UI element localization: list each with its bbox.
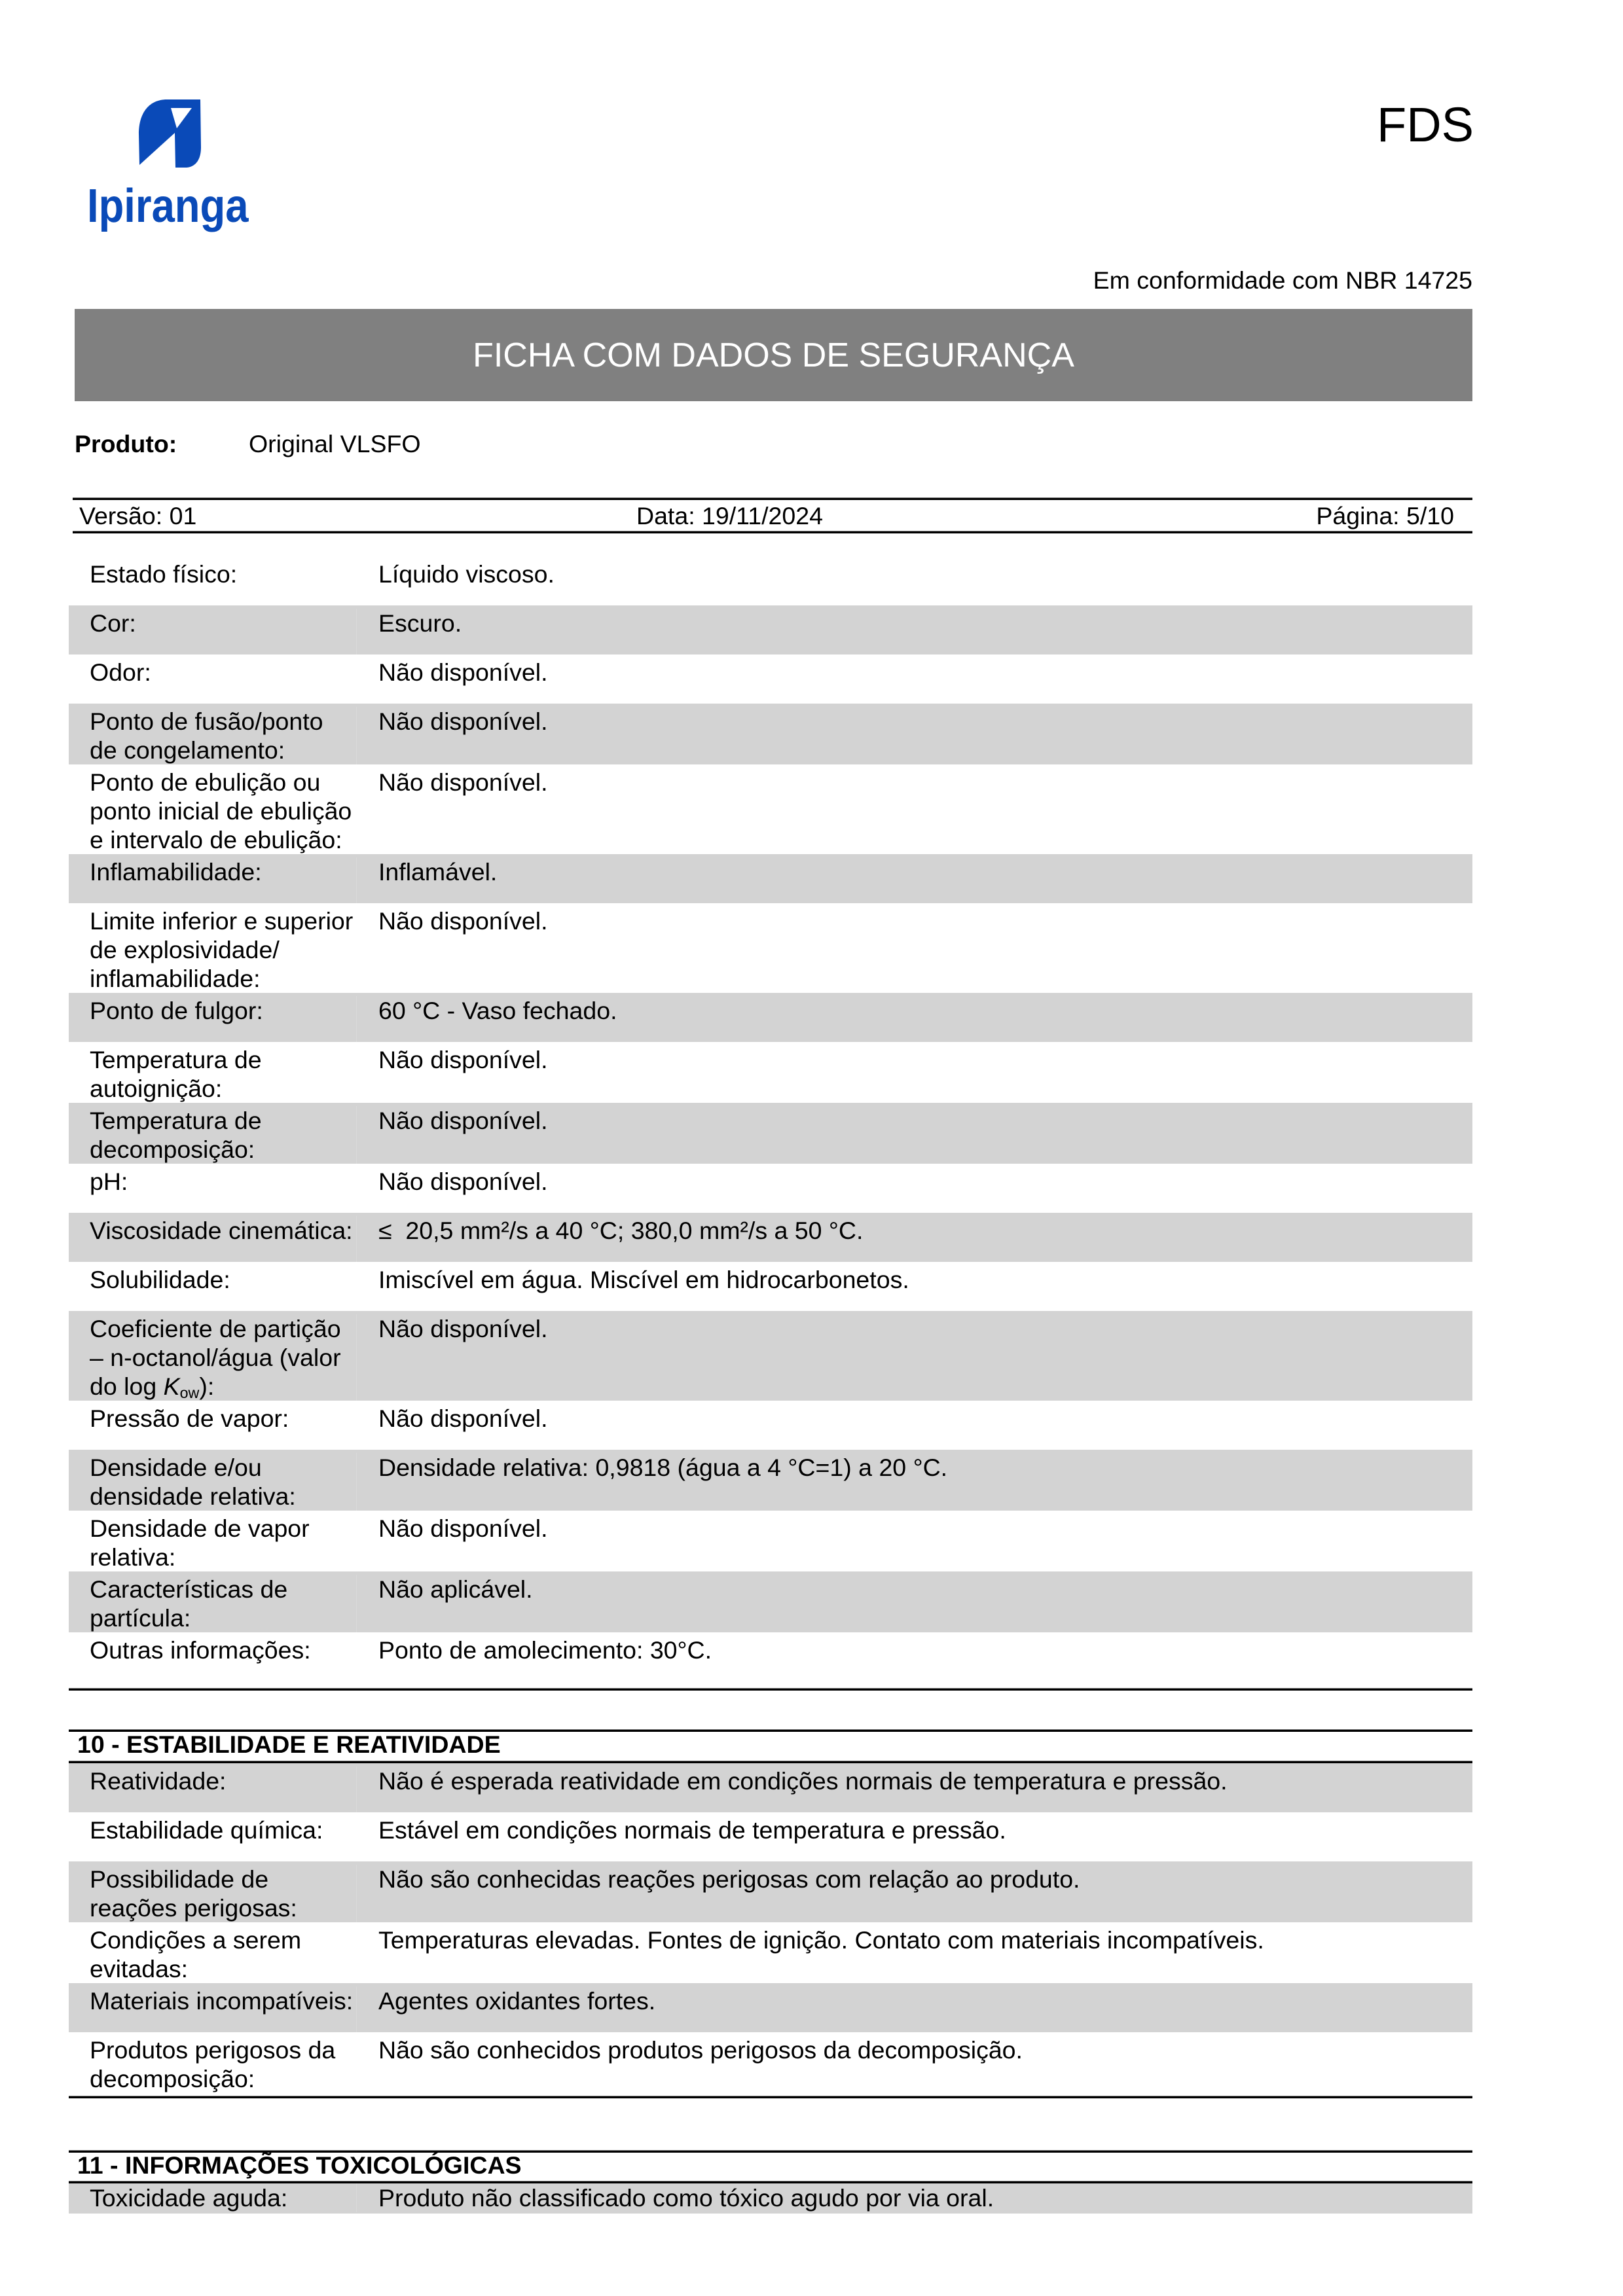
property-value: Ponto de amolecimento: 30°C. <box>357 1636 1472 1681</box>
section-10-header: 10 - ESTABILIDADE E REATIVIDADE <box>69 1729 1472 1763</box>
property-value: Não disponível. <box>357 1167 1472 1213</box>
property-label-text: Coeficiente de partição – n-octanol/água… <box>90 1315 341 1400</box>
document-body: Estado físico:Líquido viscoso.Cor:Escuro… <box>69 556 1472 2214</box>
property-row: Coeficiente de partição – n-octanol/água… <box>69 1311 1472 1401</box>
property-row: Temperatura de autoignição:Não disponíve… <box>69 1042 1472 1103</box>
property-value: Líquido viscoso. <box>357 560 1472 605</box>
property-row: Estabilidade química:Estável em condiçõe… <box>69 1812 1472 1861</box>
property-value: Estável em condições normais de temperat… <box>357 1816 1472 1861</box>
property-value: Não disponível. <box>357 1514 1472 1571</box>
property-label: pH: <box>69 1167 357 1213</box>
property-value: Inflamável. <box>357 857 1472 903</box>
property-row: Ponto de ebulição ou ponto inicial de eb… <box>69 764 1472 854</box>
property-label: Inflamabilidade: <box>69 857 357 903</box>
property-label: Pressão de vapor: <box>69 1404 357 1450</box>
version-bar-top-rule <box>73 497 1472 500</box>
property-value: Não disponível. <box>357 1314 1472 1401</box>
property-label: Coeficiente de partição – n-octanol/água… <box>69 1314 357 1401</box>
property-label: Outras informações: <box>69 1636 357 1681</box>
property-value: Não disponível. <box>357 1045 1472 1103</box>
property-label: Toxicidade aguda: <box>69 2183 357 2212</box>
property-value: Não disponível. <box>357 707 1472 764</box>
property-label: Ponto de ebulição ou ponto inicial de eb… <box>69 768 357 854</box>
ipiranga-logo-icon <box>131 95 210 173</box>
property-value: Não disponível. <box>357 768 1472 854</box>
brand-name: Ipiranga <box>87 183 248 230</box>
property-value: Produto não classificado como tóxico agu… <box>357 2183 1472 2212</box>
section-10-table: Reatividade:Não é esperada reatividade e… <box>69 1763 1472 2093</box>
property-row: Temperatura de decomposição:Não disponív… <box>69 1103 1472 1164</box>
property-label-symbol: K <box>164 1372 180 1400</box>
property-row: Viscosidade cinemática:≤ 20,5 mm²/s a 40… <box>69 1213 1472 1262</box>
property-row: Produtos perigosos da decomposição:Não s… <box>69 2032 1472 2093</box>
property-label: Ponto de fusão/ponto de congelamento: <box>69 707 357 764</box>
property-label-suffix: ): <box>199 1372 214 1400</box>
section-9-properties-table: Estado físico:Líquido viscoso.Cor:Escuro… <box>69 556 1472 1681</box>
property-value: Imiscível em água. Miscível em hidrocarb… <box>357 1265 1472 1311</box>
property-value: Não disponível. <box>357 906 1472 993</box>
property-label: Solubilidade: <box>69 1265 357 1311</box>
property-label: Condições a serem evitadas: <box>69 1926 357 1983</box>
property-label: Produtos perigosos da decomposição: <box>69 2036 357 2093</box>
product-label: Produto: <box>75 429 177 458</box>
property-row: Inflamabilidade:Inflamável. <box>69 854 1472 903</box>
property-value: Não é esperada reatividade em condições … <box>357 1767 1472 1812</box>
property-row: Possibilidade de reações perigosas:Não s… <box>69 1861 1472 1922</box>
product-value: Original VLSFO <box>249 429 421 458</box>
title-banner: FICHA COM DADOS DE SEGURANÇA <box>75 309 1472 401</box>
date-label: Data: 19/11/2024 <box>636 501 823 530</box>
property-label: Odor: <box>69 658 357 704</box>
section-11-header: 11 - INFORMAÇÕES TOXICOLÓGICAS <box>69 2150 1472 2183</box>
property-row: Odor:Não disponível. <box>69 655 1472 704</box>
property-row: pH:Não disponível. <box>69 1164 1472 1213</box>
property-label: Temperatura de autoignição: <box>69 1045 357 1103</box>
section-11-table: Toxicidade aguda:Produto não classificad… <box>69 2183 1472 2214</box>
property-value: Não são conhecidas reações perigosas com… <box>357 1865 1472 1922</box>
property-row: Densidade e/ou densidade relativa:Densid… <box>69 1450 1472 1511</box>
compliance-note: Em conformidade com NBR 14725 <box>1093 266 1472 295</box>
property-label: Cor: <box>69 609 357 655</box>
property-value: Temperaturas elevadas. Fontes de ignição… <box>357 1926 1472 1983</box>
property-row: Ponto de fusão/ponto de congelamento:Não… <box>69 704 1472 764</box>
property-value: ≤ 20,5 mm²/s a 40 °C; 380,0 mm²/s a 50 °… <box>357 1216 1472 1262</box>
property-value: Não disponível. <box>357 1106 1472 1164</box>
section-10-end-rule <box>69 2096 1472 2098</box>
section-10-title: 10 - ESTABILIDADE E REATIVIDADE <box>69 1732 1472 1761</box>
property-label: Materiais incompatíveis: <box>69 1986 357 2032</box>
property-label-subscript: ow <box>180 1384 200 1401</box>
property-value: Não disponível. <box>357 1404 1472 1450</box>
property-row: Limite inferior e superior de explosivid… <box>69 903 1472 993</box>
property-label: Densidade e/ou densidade relativa: <box>69 1453 357 1511</box>
property-label: Ponto de fulgor: <box>69 996 357 1042</box>
sds-page: Ipiranga FDS Em conformidade com NBR 147… <box>0 0 1623 2296</box>
property-row: Condições a serem evitadas:Temperaturas … <box>69 1922 1472 1983</box>
property-row: Densidade de vapor relativa:Não disponív… <box>69 1511 1472 1571</box>
property-label: Possibilidade de reações perigosas: <box>69 1865 357 1922</box>
version-bar-bottom-rule <box>73 531 1472 533</box>
property-label: Reatividade: <box>69 1767 357 1812</box>
property-value: Escuro. <box>357 609 1472 655</box>
product-line: Produto: Original VLSFO <box>75 429 860 458</box>
property-row: Reatividade:Não é esperada reatividade e… <box>69 1763 1472 1812</box>
property-label: Temperatura de decomposição: <box>69 1106 357 1164</box>
property-row: Estado físico:Líquido viscoso. <box>69 556 1472 605</box>
property-row: Características de partícula:Não aplicáv… <box>69 1571 1472 1632</box>
property-row: Pressão de vapor:Não disponível. <box>69 1401 1472 1450</box>
property-row: Solubilidade:Imiscível em água. Miscível… <box>69 1262 1472 1311</box>
property-value: 60 °C - Vaso fechado. <box>357 996 1472 1042</box>
property-label: Densidade de vapor relativa: <box>69 1514 357 1571</box>
property-value: Não disponível. <box>357 658 1472 704</box>
property-row: Toxicidade aguda:Produto não classificad… <box>69 2183 1472 2214</box>
property-row: Outras informações:Ponto de amolecimento… <box>69 1632 1472 1681</box>
version-label: Versão: 01 <box>79 501 196 530</box>
property-label: Limite inferior e superior de explosivid… <box>69 906 357 993</box>
property-value: Não são conhecidos produtos perigosos da… <box>357 2036 1472 2093</box>
property-label: Características de partícula: <box>69 1575 357 1632</box>
document-code: FDS <box>1377 101 1474 149</box>
version-bar: Versão: 01 Data: 19/11/2024 Página: 5/10 <box>73 497 1472 533</box>
section-11-title: 11 - INFORMAÇÕES TOXICOLÓGICAS <box>69 2153 1472 2181</box>
property-label: Estado físico: <box>69 560 357 605</box>
page-number: Página: 5/10 <box>1316 501 1454 530</box>
banner-title: FICHA COM DADOS DE SEGURANÇA <box>473 336 1074 375</box>
property-label: Estabilidade química: <box>69 1816 357 1861</box>
property-row: Materiais incompatíveis:Agentes oxidante… <box>69 1983 1472 2032</box>
section-9-end-rule <box>69 1688 1472 1691</box>
property-value: Não aplicável. <box>357 1575 1472 1632</box>
property-value: Densidade relativa: 0,9818 (água a 4 °C=… <box>357 1453 1472 1511</box>
property-row: Cor:Escuro. <box>69 605 1472 655</box>
property-value: Agentes oxidantes fortes. <box>357 1986 1472 2032</box>
property-label: Viscosidade cinemática: <box>69 1216 357 1262</box>
property-row: Ponto de fulgor:60 °C - Vaso fechado. <box>69 993 1472 1042</box>
